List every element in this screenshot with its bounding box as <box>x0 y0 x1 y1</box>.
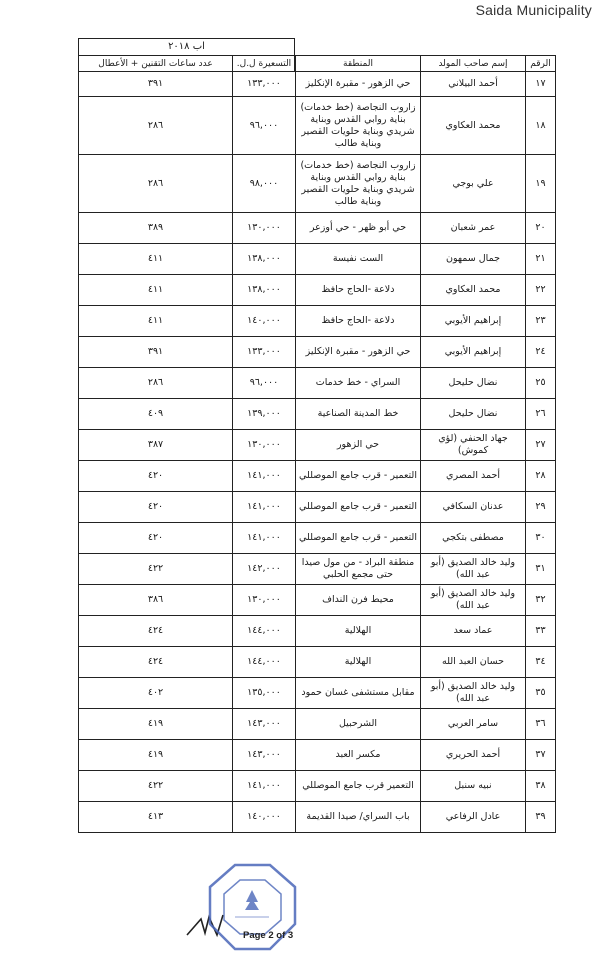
table-row: ٣٧أحمد الحريريمكسر العبد١٤٣,٠٠٠٤١٩ <box>79 740 556 771</box>
cell-number: ٢٤ <box>526 337 556 368</box>
month-header: اب ٢٠١٨ <box>79 39 294 56</box>
table-row: ٣٢وليد خالد الصديق (أبو عبد الله)محيط فر… <box>79 585 556 616</box>
cell-hours: ٤٢٤ <box>79 647 233 678</box>
cell-price: ٩٦,٠٠٠ <box>233 97 296 155</box>
cell-area: خط المدينة الصناعية <box>296 399 421 430</box>
cell-owner-name: نضال حليحل <box>421 399 526 430</box>
cell-hours: ٣٩١ <box>79 72 233 97</box>
cell-area: الست نفيسة <box>296 244 421 275</box>
cell-owner-name: وليد خالد الصديق (أبو عبد الله) <box>421 585 526 616</box>
cell-hours: ٢٨٦ <box>79 368 233 399</box>
cell-owner-name: إبراهيم الأيوبي <box>421 306 526 337</box>
cell-price: ١٣٠,٠٠٠ <box>233 585 296 616</box>
cell-number: ٢٩ <box>526 492 556 523</box>
cell-area: حي أبو ظهر - حي أوزعر <box>296 213 421 244</box>
cell-hours: ٣٨٧ <box>79 430 233 461</box>
cell-number: ١٨ <box>526 97 556 155</box>
cell-owner-name: عدنان السكافي <box>421 492 526 523</box>
cell-owner-name: أحمد البيلاني <box>421 72 526 97</box>
cell-hours: ٣٨٦ <box>79 585 233 616</box>
cell-hours: ٤١٩ <box>79 709 233 740</box>
cell-hours: ٤١١ <box>79 306 233 337</box>
cell-area: منطقة البراد - من مول صيدا حتى مجمع الحل… <box>296 554 421 585</box>
cell-area: حي الزهور <box>296 430 421 461</box>
cell-price: ١٤١,٠٠٠ <box>233 461 296 492</box>
table-body: ١٧أحمد البيلانيحي الزهور - مقبرة الإنكلي… <box>79 72 556 833</box>
cell-owner-name: نضال حليحل <box>421 368 526 399</box>
cell-area: مكسر العبد <box>296 740 421 771</box>
cell-number: ١٧ <box>526 72 556 97</box>
cell-hours: ٤٠٢ <box>79 678 233 709</box>
cell-hours: ٤٢٠ <box>79 461 233 492</box>
cell-price: ١٤٣,٠٠٠ <box>233 709 296 740</box>
cell-price: ١٤٢,٠٠٠ <box>233 554 296 585</box>
generators-table: الرقم إسم صاحب المولد المنطقة التسعيرة ل… <box>78 55 556 833</box>
table-row: ٣٦سامر العربيالشرحبيل١٤٣,٠٠٠٤١٩ <box>79 709 556 740</box>
table-row: ٣٣عماد سعدالهلالية١٤٤,٠٠٠٤٢٤ <box>79 616 556 647</box>
cell-price: ١٣٨,٠٠٠ <box>233 275 296 306</box>
cell-number: ٣٧ <box>526 740 556 771</box>
cell-owner-name: عادل الرفاعي <box>421 802 526 833</box>
table-row: ٢٠عمر شعبانحي أبو ظهر - حي أوزعر١٣٠,٠٠٠٣… <box>79 213 556 244</box>
cell-owner-name: جمال سمهون <box>421 244 526 275</box>
cell-hours: ٢٨٦ <box>79 155 233 213</box>
cell-owner-name: حسان العبد الله <box>421 647 526 678</box>
cell-owner-name: مصطفى بتكجي <box>421 523 526 554</box>
cell-area: الهلالية <box>296 647 421 678</box>
cell-price: ١٤٠,٠٠٠ <box>233 802 296 833</box>
header-owner-name: إسم صاحب المولد <box>421 56 526 72</box>
table-row: ٣١وليد خالد الصديق (أبو عبد الله)منطقة ا… <box>79 554 556 585</box>
cell-hours: ٣٩١ <box>79 337 233 368</box>
cell-hours: ٤١١ <box>79 244 233 275</box>
cell-owner-name: عمر شعبان <box>421 213 526 244</box>
table-row: ٢٧جهاد الحنفي (لؤي كموش)حي الزهور١٣٠,٠٠٠… <box>79 430 556 461</box>
cell-price: ١٤٤,٠٠٠ <box>233 647 296 678</box>
cell-number: ٣٤ <box>526 647 556 678</box>
cell-price: ١٤٣,٠٠٠ <box>233 740 296 771</box>
cell-price: ١٣٨,٠٠٠ <box>233 244 296 275</box>
cell-hours: ٤٢٠ <box>79 492 233 523</box>
cell-number: ٣١ <box>526 554 556 585</box>
cell-price: ١٤٠,٠٠٠ <box>233 306 296 337</box>
cell-number: ٣٠ <box>526 523 556 554</box>
table-row: ١٩علي بوجيزاروب النجاصة (خط خدمات) بناية… <box>79 155 556 213</box>
cell-hours: ٤١٣ <box>79 802 233 833</box>
cell-owner-name: عماد سعد <box>421 616 526 647</box>
cell-price: ١٤١,٠٠٠ <box>233 771 296 802</box>
cell-number: ٢٥ <box>526 368 556 399</box>
cell-owner-name: جهاد الحنفي (لؤي كموش) <box>421 430 526 461</box>
cell-area: التعمير - قرب جامع الموصللي <box>296 461 421 492</box>
table-row: ٢١جمال سمهونالست نفيسة١٣٨,٠٠٠٤١١ <box>79 244 556 275</box>
cell-area: زاروب النجاصة (خط خدمات) بناية روابي الق… <box>296 155 421 213</box>
cell-hours: ٤١١ <box>79 275 233 306</box>
cell-number: ٢٧ <box>526 430 556 461</box>
cell-hours: ٢٨٦ <box>79 97 233 155</box>
cell-owner-name: سامر العربي <box>421 709 526 740</box>
cell-hours: ٤١٩ <box>79 740 233 771</box>
cell-area: حي الزهور - مقبرة الإنكليز <box>296 72 421 97</box>
header-price: التسعيرة ل.ل. <box>233 56 296 72</box>
page-indicator: Page 2 of 3 <box>243 930 293 941</box>
cell-price: ٩٦,٠٠٠ <box>233 368 296 399</box>
header-number: الرقم <box>526 56 556 72</box>
cell-price: ١٣٣,٠٠٠ <box>233 72 296 97</box>
table-row: ٣٥وليد خالد الصديق (أبو عبد الله)مقابل م… <box>79 678 556 709</box>
cell-area: باب السراي/ صيدا القديمة <box>296 802 421 833</box>
cell-owner-name: علي بوجي <box>421 155 526 213</box>
cell-area: الهلالية <box>296 616 421 647</box>
cell-number: ٢١ <box>526 244 556 275</box>
cell-price: ١٤١,٠٠٠ <box>233 523 296 554</box>
table-row: ١٨محمد العكاويزاروب النجاصة (خط خدمات) ب… <box>79 97 556 155</box>
cell-area: التعمير - قرب جامع الموصللي <box>296 523 421 554</box>
cell-hours: ٤٢٢ <box>79 771 233 802</box>
cell-owner-name: محمد العكاوي <box>421 275 526 306</box>
table-row: ٢٢محمد العكاويدلاعة -الحاج حافظ١٣٨,٠٠٠٤١… <box>79 275 556 306</box>
cell-owner-name: أحمد الحريري <box>421 740 526 771</box>
cell-hours: ٤٢٤ <box>79 616 233 647</box>
cell-number: ٣٢ <box>526 585 556 616</box>
cell-number: ٢٨ <box>526 461 556 492</box>
table-row: ٢٩عدنان السكافيالتعمير - قرب جامع الموصل… <box>79 492 556 523</box>
watermark-label: Saida Municipality <box>476 2 592 18</box>
cell-number: ٣٩ <box>526 802 556 833</box>
cell-hours: ٣٨٩ <box>79 213 233 244</box>
header-hours: عدد ساعات التقنين + الأعطال <box>79 56 233 72</box>
table-row: ٣٩عادل الرفاعيباب السراي/ صيدا القديمة١٤… <box>79 802 556 833</box>
cell-hours: ٤٢٠ <box>79 523 233 554</box>
cell-area: التعمير - قرب جامع الموصللي <box>296 492 421 523</box>
table-row: ٢٣إبراهيم الأيوبيدلاعة -الحاج حافظ١٤٠,٠٠… <box>79 306 556 337</box>
cell-owner-name: أحمد المصري <box>421 461 526 492</box>
table-row: ٢٥نضال حليحلالسراي - خط خدمات٩٦,٠٠٠٢٨٦ <box>79 368 556 399</box>
cell-owner-name: إبراهيم الأيوبي <box>421 337 526 368</box>
table-row: ٢٦نضال حليحلخط المدينة الصناعية١٣٩,٠٠٠٤٠… <box>79 399 556 430</box>
cell-area: الشرحبيل <box>296 709 421 740</box>
cell-area: دلاعة -الحاج حافظ <box>296 306 421 337</box>
cell-area: زاروب النجاصة (خط خدمات) بناية روابي الق… <box>296 97 421 155</box>
cell-area: حي الزهور - مقبرة الإنكليز <box>296 337 421 368</box>
cell-price: ١٤٤,٠٠٠ <box>233 616 296 647</box>
cell-price: ٩٨,٠٠٠ <box>233 155 296 213</box>
cell-area: محيط فرن النداف <box>296 585 421 616</box>
table-row: ٣٨نبيه سنبلالتعمير قرب جامع الموصللي١٤١,… <box>79 771 556 802</box>
table-row: ٢٨أحمد المصريالتعمير - قرب جامع الموصللي… <box>79 461 556 492</box>
cell-number: ٢٦ <box>526 399 556 430</box>
cell-number: ١٩ <box>526 155 556 213</box>
cell-number: ٣٣ <box>526 616 556 647</box>
table-row: ٣٤حسان العبد اللهالهلالية١٤٤,٠٠٠٤٢٤ <box>79 647 556 678</box>
cell-area: دلاعة -الحاج حافظ <box>296 275 421 306</box>
cell-number: ٣٦ <box>526 709 556 740</box>
cell-price: ١٣٩,٠٠٠ <box>233 399 296 430</box>
cell-hours: ٤٠٩ <box>79 399 233 430</box>
cell-hours: ٤٢٢ <box>79 554 233 585</box>
cell-owner-name: وليد خالد الصديق (أبو عبد الله) <box>421 678 526 709</box>
cell-area: التعمير قرب جامع الموصللي <box>296 771 421 802</box>
cell-number: ٣٨ <box>526 771 556 802</box>
cell-area: السراي - خط خدمات <box>296 368 421 399</box>
cell-price: ١٣٠,٠٠٠ <box>233 213 296 244</box>
cell-number: ٢٠ <box>526 213 556 244</box>
cell-owner-name: محمد العكاوي <box>421 97 526 155</box>
cell-number: ٣٥ <box>526 678 556 709</box>
table-row: ٢٤إبراهيم الأيوبيحي الزهور - مقبرة الإنك… <box>79 337 556 368</box>
cell-price: ١٣٥,٠٠٠ <box>233 678 296 709</box>
header-area: المنطقة <box>296 56 421 72</box>
cell-price: ١٣٣,٠٠٠ <box>233 337 296 368</box>
cell-price: ١٣٠,٠٠٠ <box>233 430 296 461</box>
cell-number: ٢٣ <box>526 306 556 337</box>
cell-owner-name: نبيه سنبل <box>421 771 526 802</box>
cell-owner-name: وليد خالد الصديق (أبو عبد الله) <box>421 554 526 585</box>
table-row: ١٧أحمد البيلانيحي الزهور - مقبرة الإنكلي… <box>79 72 556 97</box>
table-header-row: الرقم إسم صاحب المولد المنطقة التسعيرة ل… <box>79 56 556 72</box>
table-row: ٣٠مصطفى بتكجيالتعمير - قرب جامع الموصللي… <box>79 523 556 554</box>
cell-area: مقابل مستشفى غسان حمود <box>296 678 421 709</box>
cell-number: ٢٢ <box>526 275 556 306</box>
cell-price: ١٤١,٠٠٠ <box>233 492 296 523</box>
